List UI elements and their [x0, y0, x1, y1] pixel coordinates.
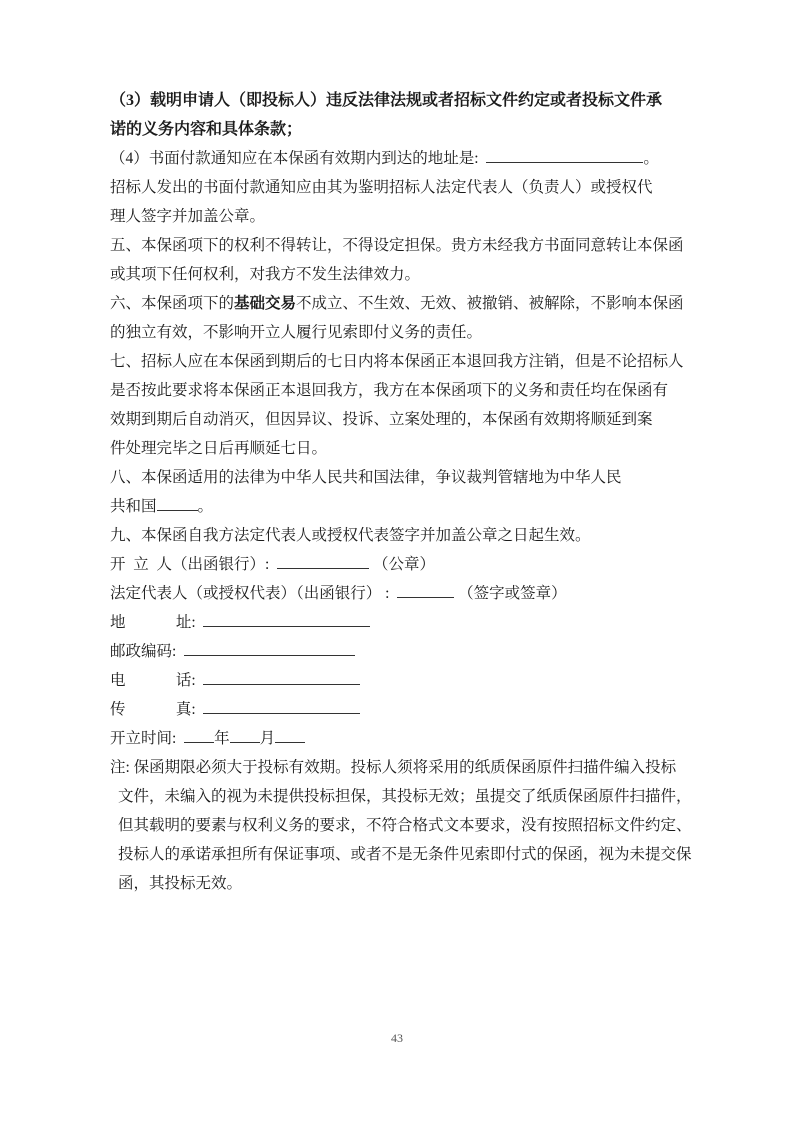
- text-run: 地 址:: [110, 614, 203, 631]
- form-address: 地 址:: [110, 608, 688, 637]
- doc-line: 效期到期后自动消灭，但因异议、投诉、立案处理的，本保函有效期将顺延到案: [110, 405, 688, 434]
- blank-underline: [203, 611, 370, 627]
- text-run: 招标人发出的书面付款通知应由其为鉴明招标人法定代表人（负责人）或授权代: [110, 179, 653, 196]
- doc-line: 八、本保函适用的法律为中华人民共和国法律，争议裁判管辖地为中华人民: [110, 463, 688, 492]
- document-page: （3）载明申请人（即投标人）违反法律法规或者招标文件约定或者投标文件承诺的义务内…: [0, 0, 794, 1122]
- doc-line: 但其载明的要素与权利义务的要求，不符合格式文本要求，没有按照招标文件约定、: [110, 811, 688, 840]
- text-run: 的独立有效，不影响开立人履行见索即付义务的责任。: [110, 324, 482, 341]
- text-run: 件处理完毕之日后再顺延七日。: [110, 440, 327, 457]
- blank-underline: [157, 495, 198, 511]
- doc-line: 五、本保函项下的权利不得转让，不得设定担保。贵方未经我方书面同意转让本保函: [110, 231, 688, 260]
- text-run: 但其载明的要素与权利义务的要求，不符合格式文本要求，没有按照招标文件约定、: [118, 817, 692, 834]
- form-issuer: 开 立 人（出函银行）: （公章）: [110, 550, 688, 579]
- clause-8: 八、本保函适用的法律为中华人民共和国法律，争议裁判管辖地为中华人民共和国。: [110, 463, 688, 521]
- text-run: 法定代表人（或授权代表）（出函银行） :: [110, 585, 397, 602]
- blank-underline: [230, 727, 260, 743]
- blank-underline: [184, 640, 355, 656]
- clause-6: 六、本保函项下的基础交易不成立、不生效、无效、被撤销、被解除，不影响本保函的独立…: [110, 289, 688, 347]
- form-phone: 电 话:: [110, 666, 688, 695]
- clause-3: （3）载明申请人（即投标人）违反法律法规或者招标文件约定或者投标文件承诺的义务内…: [110, 86, 688, 144]
- text-run: 。: [198, 498, 214, 515]
- text-run: 不成立、不生效、无效、被撤销、被解除，不影响本保函: [296, 295, 684, 312]
- doc-line: 的独立有效，不影响开立人履行见索即付义务的责任。: [110, 318, 688, 347]
- doc-line: 九、本保函自我方法定代表人或授权代表签字并加盖公章之日起生效。: [110, 521, 688, 550]
- doc-line: 诺的义务内容和具体条款；: [110, 115, 688, 144]
- doc-line: （4）书面付款通知应在本保函有效期内到达的地址是: 。: [110, 144, 688, 173]
- text-run: 九、本保函自我方法定代表人或授权代表签字并加盖公章之日起生效。: [110, 527, 591, 544]
- page-number: 43: [0, 1031, 794, 1046]
- document-body: （3）载明申请人（即投标人）违反法律法规或者招标文件约定或者投标文件承诺的义务内…: [110, 86, 688, 898]
- doc-line: 招标人发出的书面付款通知应由其为鉴明招标人法定代表人（负责人）或授权代: [110, 173, 688, 202]
- blank-underline: [203, 698, 360, 714]
- blank-underline: [203, 669, 360, 685]
- doc-line: 共和国。: [110, 492, 688, 521]
- clause-5: 五、本保函项下的权利不得转让，不得设定担保。贵方未经我方书面同意转让本保函或其项…: [110, 231, 688, 289]
- text-run: 八、本保函适用的法律为中华人民共和国法律，争议裁判管辖地为中华人民: [110, 469, 622, 486]
- text-run: 月: [260, 730, 276, 747]
- text-run: 共和国: [110, 498, 157, 515]
- text-run: 效期到期后自动消灭，但因异议、投诉、立案处理的，本保函有效期将顺延到案: [110, 411, 653, 428]
- text-run: 诺的义务内容和具体条款；: [110, 121, 302, 138]
- blank-underline: [277, 553, 369, 569]
- clause-7: 七、招标人应在本保函到期后的七日内将本保函正本退回我方注销，但是不论招标人是否按…: [110, 347, 688, 463]
- text-run: 七、招标人应在本保函到期后的七日内将本保函正本退回我方注销，但是不论招标人: [110, 353, 684, 370]
- text-run: 理人签字并加盖公章。: [110, 208, 265, 225]
- text-run: （签字或签章）: [454, 585, 566, 602]
- clause-9: 九、本保函自我方法定代表人或授权代表签字并加盖公章之日起生效。: [110, 521, 688, 550]
- text-run: 文件，未编入的视为未提供投标担保，其投标无效；虽提交了纸质保函原件扫描件，: [118, 788, 692, 805]
- text-run: 开立时间:: [110, 730, 184, 747]
- doc-line: 邮政编码:: [110, 637, 688, 666]
- doc-line: 法定代表人（或授权代表）（出函银行） : （签字或签章）: [110, 579, 688, 608]
- doc-line: （3）载明申请人（即投标人）违反法律法规或者招标文件约定或者投标文件承: [110, 86, 688, 115]
- doc-line: 件处理完毕之日后再顺延七日。: [110, 434, 688, 463]
- text-run: 邮政编码:: [110, 643, 184, 660]
- doc-line: 投标人的承诺承担所有保证事项、或者不是无条件见索即付式的保函，视为未提交保: [110, 840, 688, 869]
- note: 注: 保函期限必须大于投标有效期。投标人须将采用的纸质保函原件扫描件编入投标文件…: [110, 753, 688, 898]
- text-run: （公章）: [369, 556, 435, 573]
- doc-line: 文件，未编入的视为未提供投标担保，其投标无效；虽提交了纸质保函原件扫描件，: [110, 782, 688, 811]
- doc-line: 或其项下任何权利，对我方不发生法律效力。: [110, 260, 688, 289]
- blank-underline: [486, 147, 643, 163]
- text-run: 年: [214, 730, 230, 747]
- clause-4: （4）书面付款通知应在本保函有效期内到达的地址是: 。招标人发出的书面付款通知应…: [110, 144, 688, 231]
- form-fax: 传 真:: [110, 695, 688, 724]
- text-run: （4）书面付款通知应在本保函有效期内到达的地址是:: [110, 150, 486, 167]
- form-legal-representative: 法定代表人（或授权代表）（出函银行） : （签字或签章）: [110, 579, 688, 608]
- doc-line: 地 址:: [110, 608, 688, 637]
- text-run: 注: 保函期限必须大于投标有效期。投标人须将采用的纸质保函原件扫描件编入投标: [110, 759, 676, 776]
- doc-line: 传 真:: [110, 695, 688, 724]
- text-run: 电 话:: [110, 672, 203, 689]
- text-run: 基础交易: [234, 295, 296, 312]
- doc-line: 开立时间: 年月: [110, 724, 688, 753]
- text-run: 函，其投标无效。: [118, 875, 242, 892]
- text-run: 开 立 人（出函银行）:: [110, 556, 277, 573]
- doc-line: 开 立 人（出函银行）: （公章）: [110, 550, 688, 579]
- text-run: 五、本保函项下的权利不得转让，不得设定担保。贵方未经我方书面同意转让本保函: [110, 237, 684, 254]
- form-postal-code: 邮政编码:: [110, 637, 688, 666]
- doc-line: 是否按此要求将本保函正本退回我方，我方在本保函项下的义务和责任均在保函有: [110, 376, 688, 405]
- text-run: 是否按此要求将本保函正本退回我方，我方在本保函项下的义务和责任均在保函有: [110, 382, 668, 399]
- text-run: 传 真:: [110, 701, 203, 718]
- text-run: 六、本保函项下的: [110, 295, 234, 312]
- doc-line: 函，其投标无效。: [110, 869, 688, 898]
- doc-line: 注: 保函期限必须大于投标有效期。投标人须将采用的纸质保函原件扫描件编入投标: [110, 753, 688, 782]
- doc-line: 电 话:: [110, 666, 688, 695]
- form-issue-date: 开立时间: 年月: [110, 724, 688, 753]
- text-run: 。: [643, 150, 659, 167]
- text-run: 或其项下任何权利，对我方不发生法律效力。: [110, 266, 420, 283]
- blank-underline: [397, 582, 454, 598]
- text-run: （3）载明申请人（即投标人）违反法律法规或者招标文件约定或者投标文件承: [110, 92, 662, 109]
- blank-underline: [184, 727, 214, 743]
- blank-underline: [275, 727, 305, 743]
- text-run: 投标人的承诺承担所有保证事项、或者不是无条件见索即付式的保函，视为未提交保: [118, 846, 692, 863]
- doc-line: 七、招标人应在本保函到期后的七日内将本保函正本退回我方注销，但是不论招标人: [110, 347, 688, 376]
- doc-line: 理人签字并加盖公章。: [110, 202, 688, 231]
- doc-line: 六、本保函项下的基础交易不成立、不生效、无效、被撤销、被解除，不影响本保函: [110, 289, 688, 318]
